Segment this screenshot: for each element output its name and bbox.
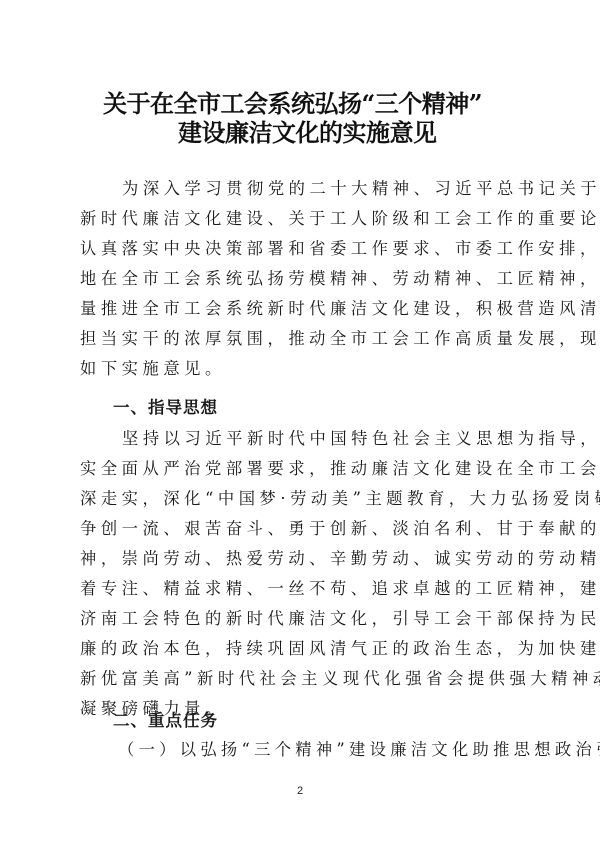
- document-title-line-2: 建设廉洁文化的实施意见: [178, 118, 437, 148]
- intro-line: 量推进全市工会系统新时代廉洁文化建设，积极营造风清气正、: [80, 294, 520, 324]
- document-title-line-1: 关于在全市工会系统弘扬“三个精神”: [103, 89, 482, 119]
- section-heading-key-tasks: 二、重点任务: [113, 706, 218, 736]
- paragraph-line: 济南工会特色的新时代廉洁文化，引导工会干部保持为民务实清: [80, 604, 520, 634]
- paragraph-line: 廉的政治本色，持续巩固风清气正的政治生态，为加快建设“强: [80, 634, 520, 664]
- section-heading-guiding-thought: 一、指导思想: [113, 393, 218, 423]
- paragraph-line: 着专注、精益求精、一丝不苟、追求卓越的工匠精神，建设具有: [80, 574, 520, 604]
- paragraph-line: 坚持以习近平新时代中国特色社会主义思想为指导，认真落: [80, 424, 520, 454]
- paragraph-line: 新优富美高”新时代社会主义现代化强省会提供强大精神动力、: [80, 664, 520, 694]
- paragraph-line: 神，崇尚劳动、热爱劳动、辛勤劳动、诚实劳动的劳动精神，执: [80, 544, 520, 574]
- intro-paragraph: 为深入学习贯彻党的二十大精神、习近平总书记关于加强 新时代廉洁文化建设、关于工人…: [80, 174, 520, 384]
- intro-line: 地在全市工会系统弘扬劳模精神、劳动精神、工匠精神，高质: [80, 264, 520, 294]
- intro-line: 为深入学习贯彻党的二十大精神、习近平总书记关于加强: [80, 174, 520, 204]
- page-number: 2: [0, 783, 600, 799]
- intro-line: 担当实干的浓厚氛围，推动全市工会工作高质量发展，现提出: [80, 324, 520, 354]
- subsection-heading-1: （一）以弘扬“三个精神”建设廉洁文化助推思想政治引: [118, 735, 600, 765]
- intro-line-text: 为深入学习贯彻党的二十大精神、习近平总书记关于加强: [122, 179, 600, 198]
- intro-line: 认真落实中央决策部署和省委工作要求、市委工作安排，更好: [80, 234, 520, 264]
- guiding-thought-paragraph: 坚持以习近平新时代中国特色社会主义思想为指导，认真落 实全面从严治党部署要求，推…: [80, 424, 520, 724]
- paragraph-line-text: 坚持以习近平新时代中国特色社会主义思想为指导，认真落: [122, 429, 600, 448]
- paragraph-line: 实全面从严治党部署要求，推动廉洁文化建设在全市工会系统走: [80, 454, 520, 484]
- document-page: 关于在全市工会系统弘扬“三个精神” 建设廉洁文化的实施意见 为深入学习贯彻党的二…: [0, 0, 600, 848]
- paragraph-line: 争创一流、艰苦奋斗、勇于创新、淡泊名利、甘于奉献的劳模精: [80, 514, 520, 544]
- paragraph-line: 深走实，深化“中国梦·劳动美”主题教育，大力弘扬爱岗敬业、: [80, 484, 520, 514]
- intro-line: 如下实施意见。: [80, 354, 520, 384]
- intro-line: 新时代廉洁文化建设、关于工人阶级和工会工作的重要论述，: [80, 204, 520, 234]
